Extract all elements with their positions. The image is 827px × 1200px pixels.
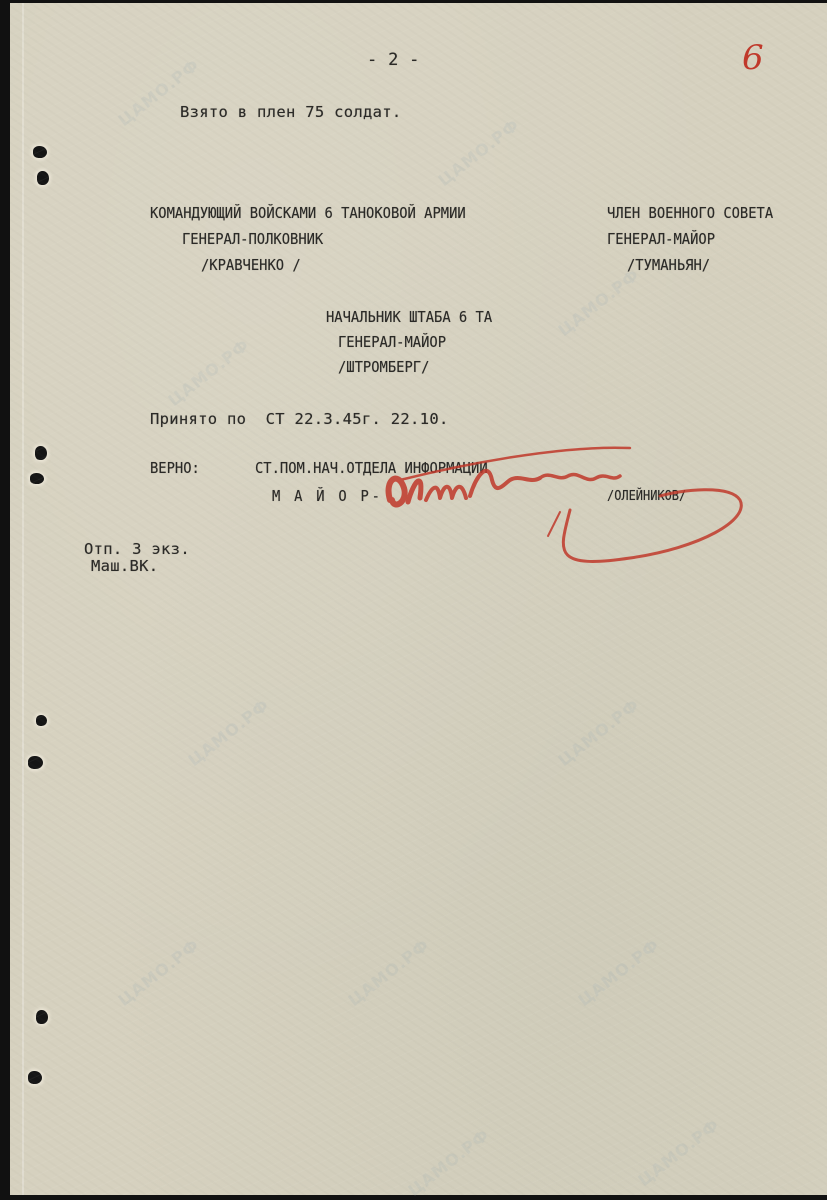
document-page: ЦАМО.РФ ЦАМО.РФ ЦАМО.РФ ЦАМО.РФ ЦАМО.РФ … [10, 3, 827, 1195]
watermark: ЦАМО.РФ [634, 1115, 722, 1190]
watermark: ЦАМО.РФ [554, 265, 642, 340]
punch-hole [28, 1071, 42, 1084]
punch-hole [37, 171, 49, 185]
punch-hole [28, 756, 43, 769]
punch-hole [36, 715, 47, 726]
typist-line: Маш.ВК. [91, 557, 158, 575]
watermark: ЦАМО.РФ [114, 935, 202, 1010]
council-member-title: ЧЛЕН ВОЕННОГО СОВЕТА [607, 204, 773, 222]
watermark: ЦАМО.РФ [554, 695, 642, 770]
punch-hole [35, 446, 47, 460]
chief-of-staff-title: НАЧАЛЬНИК ШТАБА 6 ТА [326, 308, 492, 326]
copies-line: Отп. 3 экз. [84, 540, 190, 558]
punch-hole [33, 146, 47, 158]
chief-of-staff-name: /ШТРОМБЕРГ/ [338, 358, 429, 376]
certification-rank: М А Й О Р- [272, 487, 383, 505]
signature-scribble [380, 440, 760, 580]
watermark: ЦАМО.РФ [184, 695, 272, 770]
margin-line [22, 3, 24, 1195]
commander-rank: ГЕНЕРАЛ-ПОЛКОВНИК [182, 230, 323, 248]
received-line: Принято по СТ 22.3.45г. 22.10. [150, 410, 449, 428]
punch-hole [36, 1010, 48, 1024]
commander-name: /КРАВЧЕНКО / [201, 256, 301, 274]
certification-label: ВЕРНО: [150, 459, 200, 477]
watermark: ЦАМО.РФ [404, 1125, 492, 1200]
punch-hole [30, 473, 44, 484]
watermark: ЦАМО.РФ [344, 935, 432, 1010]
opening-line: Взято в плен 75 солдат. [180, 103, 402, 121]
commander-title: КОМАНДУЮЩИЙ ВОЙСКАМИ 6 ТАНОКОВОЙ АРМИИ [150, 204, 466, 222]
council-member-name: /ТУМАНЬЯН/ [627, 256, 710, 274]
archive-sheet-number: 6 [742, 38, 764, 78]
watermark: ЦАМО.РФ [574, 935, 662, 1010]
council-member-rank: ГЕНЕРАЛ-МАЙОР [607, 230, 715, 248]
page-number: - 2 - [367, 50, 420, 70]
watermark: ЦАМО.РФ [434, 115, 522, 190]
watermark: ЦАМО.РФ [164, 335, 252, 410]
chief-of-staff-rank: ГЕНЕРАЛ-МАЙОР [338, 333, 446, 351]
